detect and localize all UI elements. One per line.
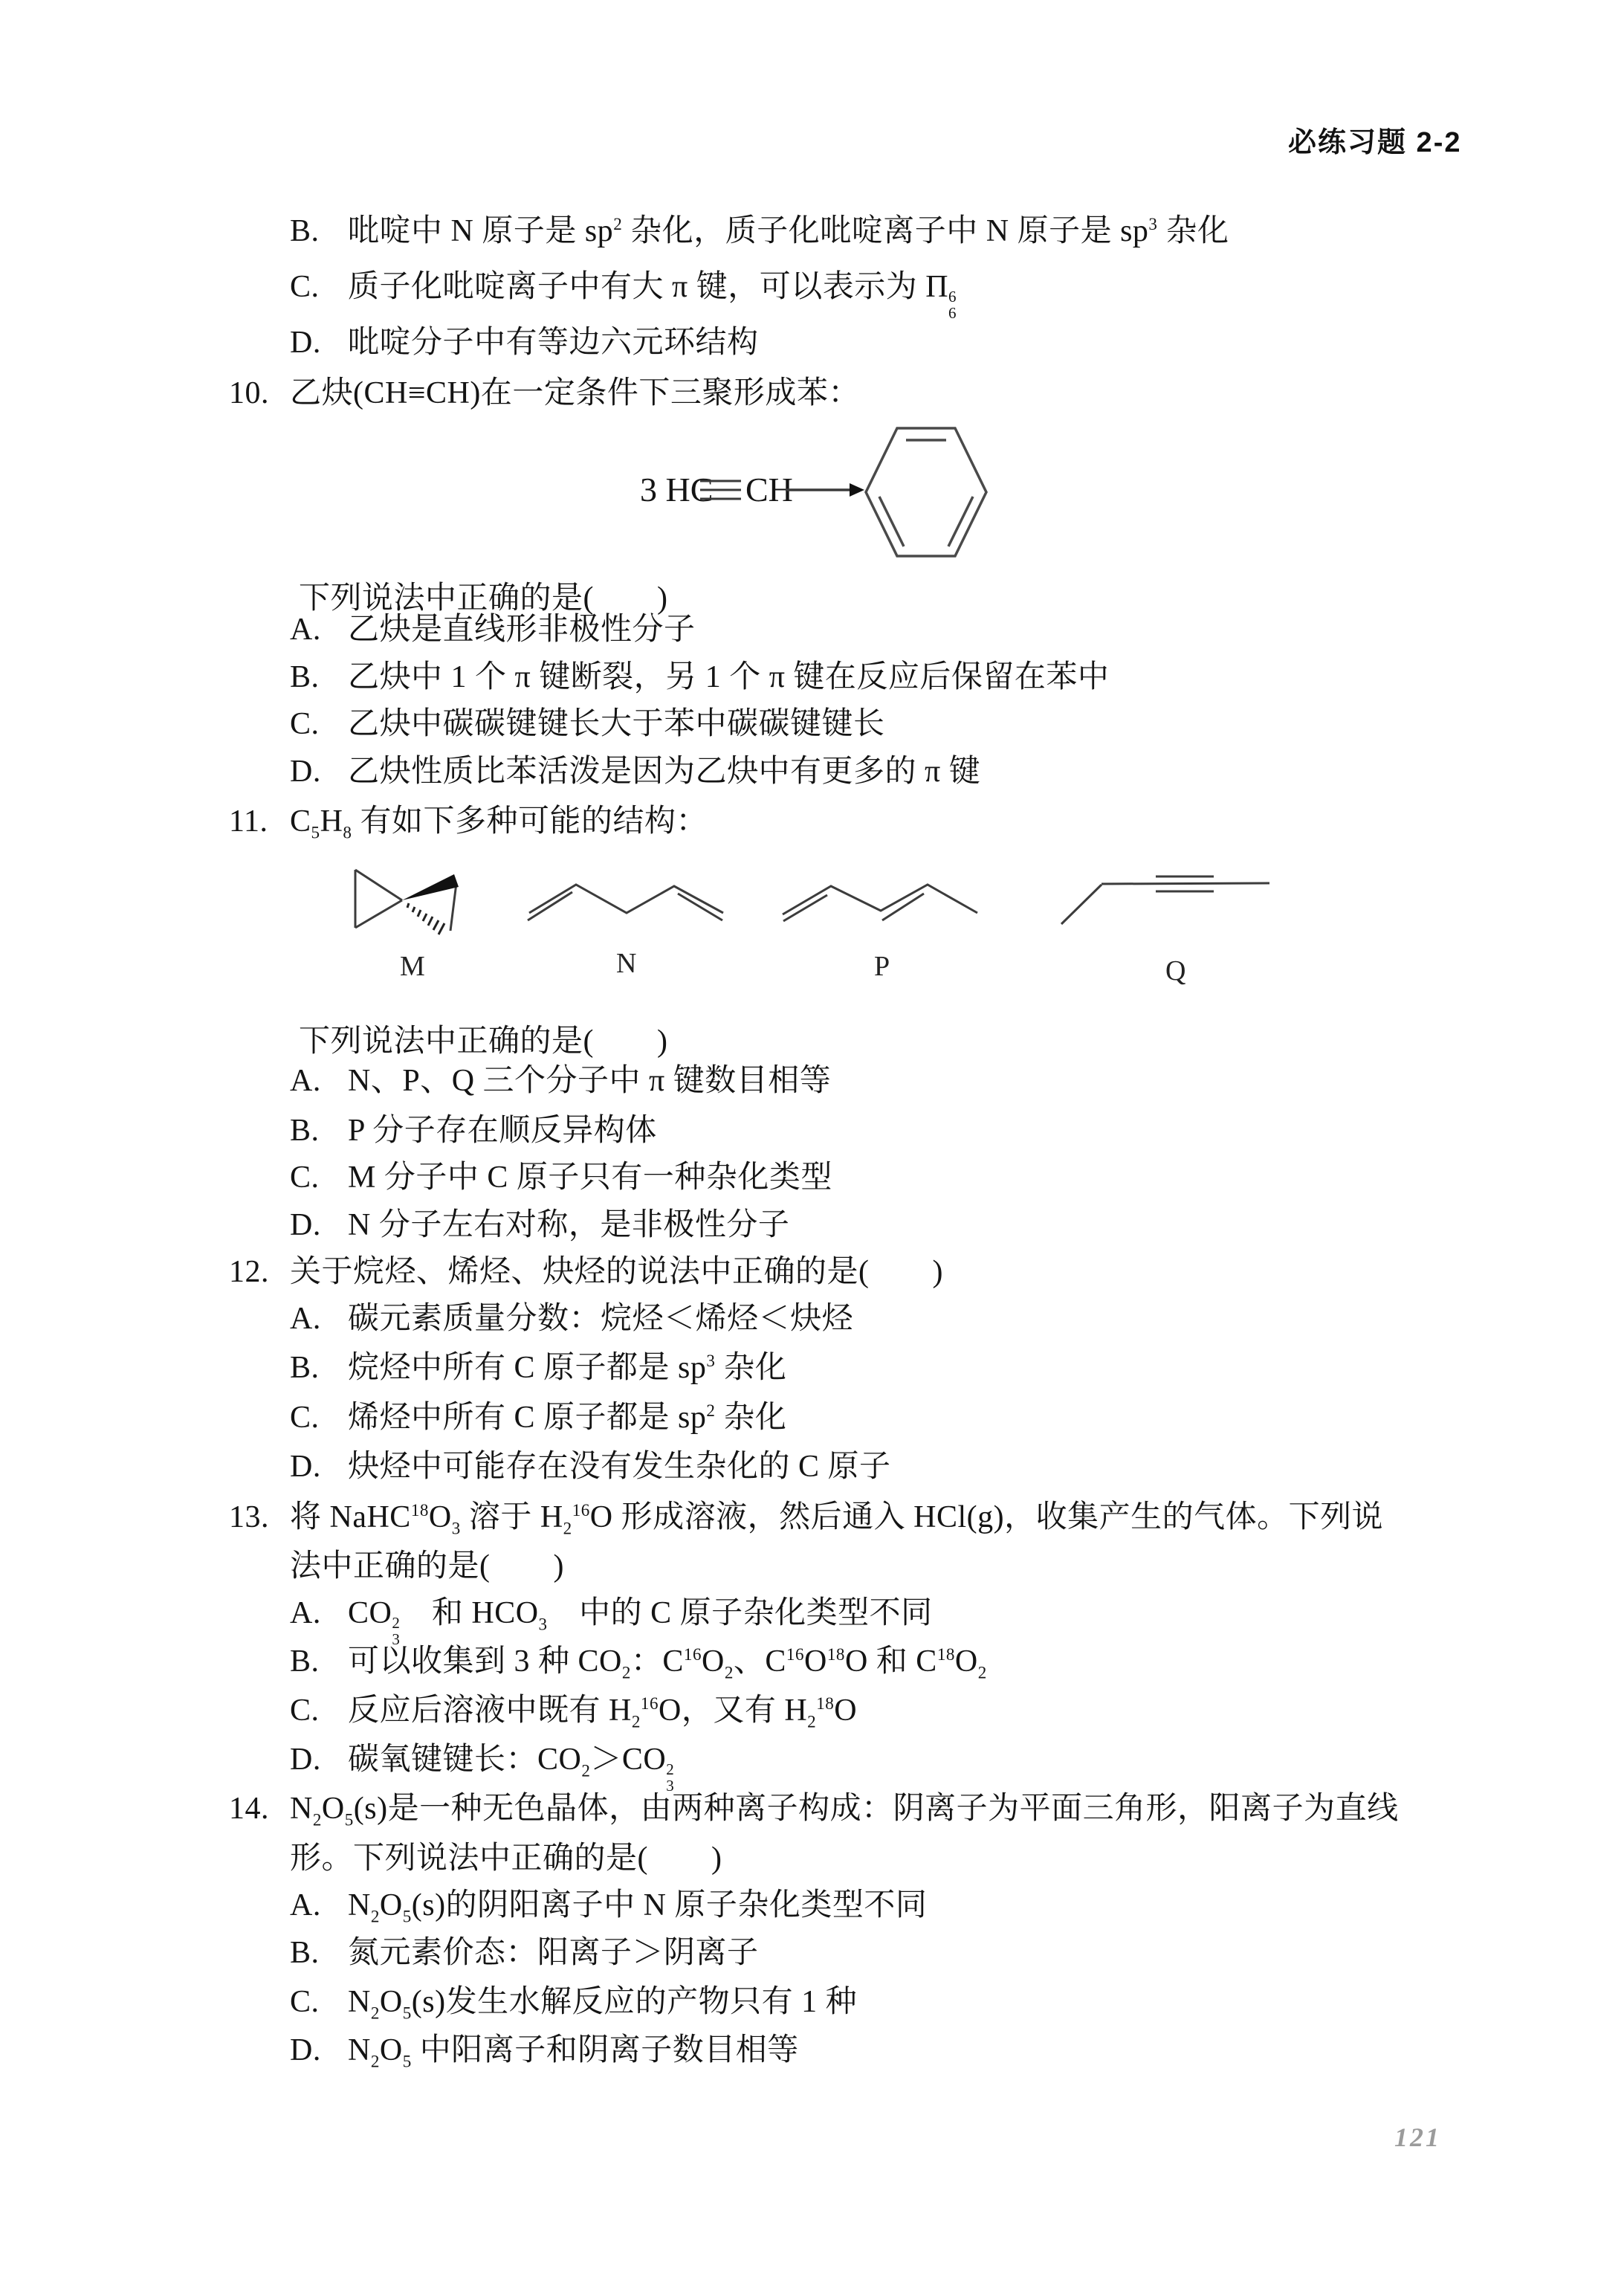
benzene-reaction-diagram: 3 HC CH xyxy=(628,410,1015,604)
option-text: N2O5 中阳离子和阴离子数目相等 xyxy=(348,2033,799,2067)
option-text: 乙炔中碳碳键键长大于苯中碳碳键键长 xyxy=(348,707,885,741)
question-text: C5H8 有如下多种可能的结构： xyxy=(290,804,708,839)
question-13-option-a: A.CO23 和 HCO3 中的 C 原子杂化类型不同 xyxy=(290,1593,933,1647)
option-label: A. xyxy=(290,1593,348,1634)
question-9-option-b: B.吡啶中 N 原子是 sp2 杂化，质子化吡啶离子中 N 原子是 sp3 杂化 xyxy=(290,211,1229,252)
option-label: C. xyxy=(290,267,348,308)
question-14-stem-line2: 形。下列说法中正确的是( ) xyxy=(290,1838,722,1879)
question-13-option-b: B.可以收集到 3 种 CO2：C16O2、C16O18O 和 C18O2 xyxy=(290,1641,987,1682)
option-text: 烷烃中所有 C 原子都是 sp3 杂化 xyxy=(348,1351,786,1385)
option-label: C. xyxy=(290,1157,348,1198)
option-text: N2O5(s)发生水解反应的产物只有 1 种 xyxy=(348,1985,857,2019)
running-header: 必练习题 2-2 xyxy=(1288,119,1461,160)
option-label: B. xyxy=(290,1641,348,1682)
question-11-stem: 11.C5H8 有如下多种可能的结构： xyxy=(229,801,708,842)
question-12-option-c: C.烯烃中所有 C 原子都是 sp2 杂化 xyxy=(290,1398,786,1438)
option-text: 烯烃中所有 C 原子都是 sp2 杂化 xyxy=(348,1401,786,1435)
question-14-option-d: D.N2O5 中阳离子和阴离子数目相等 xyxy=(290,2030,799,2071)
question-11-option-d: D.N 分子左右对称，是非极性分子 xyxy=(290,1205,789,1246)
question-11-option-b: B.P 分子存在顺反异构体 xyxy=(290,1111,657,1152)
option-text: 吡啶中 N 原子是 sp2 杂化，质子化吡啶离子中 N 原子是 sp3 杂化 xyxy=(348,214,1229,248)
option-label: D. xyxy=(290,2030,348,2071)
structure-label-n: N xyxy=(616,947,636,980)
option-text: N 分子左右对称，是非极性分子 xyxy=(348,1208,789,1242)
option-text: P 分子存在顺反异构体 xyxy=(348,1114,657,1148)
question-14-option-c: C.N2O5(s)发生水解反应的产物只有 1 种 xyxy=(290,1982,857,2023)
option-text: M 分子中 C 原子只有一种杂化类型 xyxy=(348,1160,832,1195)
question-10-option-a: A.乙炔是直线形非极性分子 xyxy=(290,610,696,650)
wedge-bond xyxy=(402,874,459,900)
structure-n-pentadiene-1-4 xyxy=(524,879,732,926)
question-text: 关于烷烃、烯烃、炔烃的说法中正确的是( ) xyxy=(290,1255,943,1289)
page-number: 121 xyxy=(1394,2122,1441,2153)
question-11-option-a: A.N、P、Q 三个分子中 π 键数目相等 xyxy=(290,1061,831,1102)
question-13-option-c: C.反应后溶液中既有 H216O，又有 H218O xyxy=(290,1691,857,1731)
structure-label-q: Q xyxy=(1165,955,1185,987)
ring-bonds xyxy=(355,870,456,931)
question-number: 14. xyxy=(229,1789,290,1830)
option-text: 乙炔中 1 个 π 键断裂，另 1 个 π 键在反应后保留在苯中 xyxy=(348,660,1109,694)
option-text: 氮元素价态：阳离子＞阴离子 xyxy=(348,1936,759,1970)
question-10-stem: 10.乙炔(CH≡CH)在一定条件下三聚形成苯： xyxy=(229,373,860,414)
question-text: 将 NaHC18O3 溶于 H216O 形成溶液，然后通入 HCl(g)，收集产… xyxy=(290,1500,1383,1534)
option-text: 吡啶分子中有等边六元环结构 xyxy=(348,326,759,360)
question-text: 乙炔(CH≡CH)在一定条件下三聚形成苯： xyxy=(290,376,860,410)
option-label: A. xyxy=(290,1061,348,1102)
option-label: C. xyxy=(290,1691,348,1731)
question-10-option-b: B.乙炔中 1 个 π 键断裂，另 1 个 π 键在反应后保留在苯中 xyxy=(290,657,1109,698)
option-label: B. xyxy=(290,1933,348,1974)
option-text: N2O5(s)的阴阳离子中 N 原子杂化类型不同 xyxy=(348,1888,927,1922)
question-12-stem: 12.关于烷烃、烯烃、炔烃的说法中正确的是( ) xyxy=(229,1252,943,1293)
question-12-option-a: A.碳元素质量分数：烷烃＜烯烃＜炔烃 xyxy=(290,1299,853,1340)
question-number: 10. xyxy=(229,373,290,414)
question-number: 11. xyxy=(229,801,290,842)
option-label: C. xyxy=(290,1398,348,1438)
option-label: B. xyxy=(290,1348,348,1389)
question-11-option-c: C.M 分子中 C 原子只有一种杂化类型 xyxy=(290,1157,832,1198)
question-11-prompt: 下列说法中正确的是( ) xyxy=(299,1021,667,1062)
option-label: C. xyxy=(290,704,348,745)
option-text: 乙炔性质比苯活泼是因为乙炔中有更多的 π 键 xyxy=(348,755,980,789)
question-number: 13. xyxy=(229,1497,290,1538)
question-9-option-d: D.吡啶分子中有等边六元环结构 xyxy=(290,323,759,364)
option-label: D. xyxy=(290,1205,348,1246)
option-label: A. xyxy=(290,610,348,650)
option-text: 炔烃中可能存在没有发生杂化的 C 原子 xyxy=(348,1450,891,1484)
question-10-option-d: D.乙炔性质比苯活泼是因为乙炔中有更多的 π 键 xyxy=(290,752,980,792)
option-label: C. xyxy=(290,1982,348,2023)
question-12-option-b: B.烷烃中所有 C 原子都是 sp3 杂化 xyxy=(290,1348,786,1389)
benzene-ring xyxy=(866,428,986,556)
structure-label-p: P xyxy=(874,950,890,983)
option-text: N、P、Q 三个分子中 π 键数目相等 xyxy=(348,1064,831,1098)
question-14-option-b: B.氮元素价态：阳离子＞阴离子 xyxy=(290,1933,759,1974)
option-label: D. xyxy=(290,752,348,792)
option-text: 反应后溶液中既有 H216O，又有 H218O xyxy=(348,1693,857,1728)
reaction-arrow-icon xyxy=(786,483,864,497)
question-13-stem-line1: 13.将 NaHC18O3 溶于 H216O 形成溶液，然后通入 HCl(g)，… xyxy=(229,1497,1383,1538)
question-12-option-d: D.炔烃中可能存在没有发生杂化的 C 原子 xyxy=(290,1447,891,1488)
hashed-wedge-bond xyxy=(407,903,444,934)
option-label: B. xyxy=(290,657,348,698)
question-9-option-c: C.质子化吡啶离子中有大 π 键，可以表示为 Π66 xyxy=(290,267,957,321)
option-label: D. xyxy=(290,323,348,364)
option-label: A. xyxy=(290,1299,348,1340)
structure-q-pentyne xyxy=(1054,871,1277,929)
option-label: A. xyxy=(290,1885,348,1926)
option-text: 碳氧键键长：CO2＞CO23 xyxy=(348,1743,674,1777)
question-14-option-a: A.N2O5(s)的阴阳离子中 N 原子杂化类型不同 xyxy=(290,1885,927,1926)
option-label: B. xyxy=(290,211,348,252)
option-text: 质子化吡啶离子中有大 π 键，可以表示为 Π66 xyxy=(348,270,957,304)
option-text: 碳元素质量分数：烷烃＜烯烃＜炔烃 xyxy=(348,1302,853,1336)
question-text: N2O5(s)是一种无色晶体，由两种离子构成：阴离子为平面三角形，阳离子为直线 xyxy=(290,1792,1399,1826)
structure-m-spiropentane xyxy=(346,862,465,938)
exercise-book-page: 必练习题 2-2 B.吡啶中 N 原子是 sp2 杂化，质子化吡啶离子中 N 原… xyxy=(0,0,1624,2283)
question-14-stem-line1: 14.N2O5(s)是一种无色晶体，由两种离子构成：阴离子为平面三角形，阳离子为… xyxy=(229,1789,1399,1830)
structure-label-m: M xyxy=(400,950,425,983)
option-label: B. xyxy=(290,1111,348,1152)
question-13-option-d: D.碳氧键键长：CO2＞CO23 xyxy=(290,1740,674,1794)
structure-p-pentadiene-1-3 xyxy=(777,879,986,925)
option-text: 可以收集到 3 种 CO2：C16O2、C16O18O 和 C18O2 xyxy=(348,1644,987,1679)
question-10-option-c: C.乙炔中碳碳键键长大于苯中碳碳键键长 xyxy=(290,704,885,745)
question-number: 12. xyxy=(229,1252,290,1293)
question-13-stem-line2: 法中正确的是( ) xyxy=(290,1546,564,1587)
option-text: CO23 和 HCO3 中的 C 原子杂化类型不同 xyxy=(348,1596,933,1630)
option-label: D. xyxy=(290,1740,348,1780)
option-text: 乙炔是直线形非极性分子 xyxy=(348,613,696,647)
option-label: D. xyxy=(290,1447,348,1488)
